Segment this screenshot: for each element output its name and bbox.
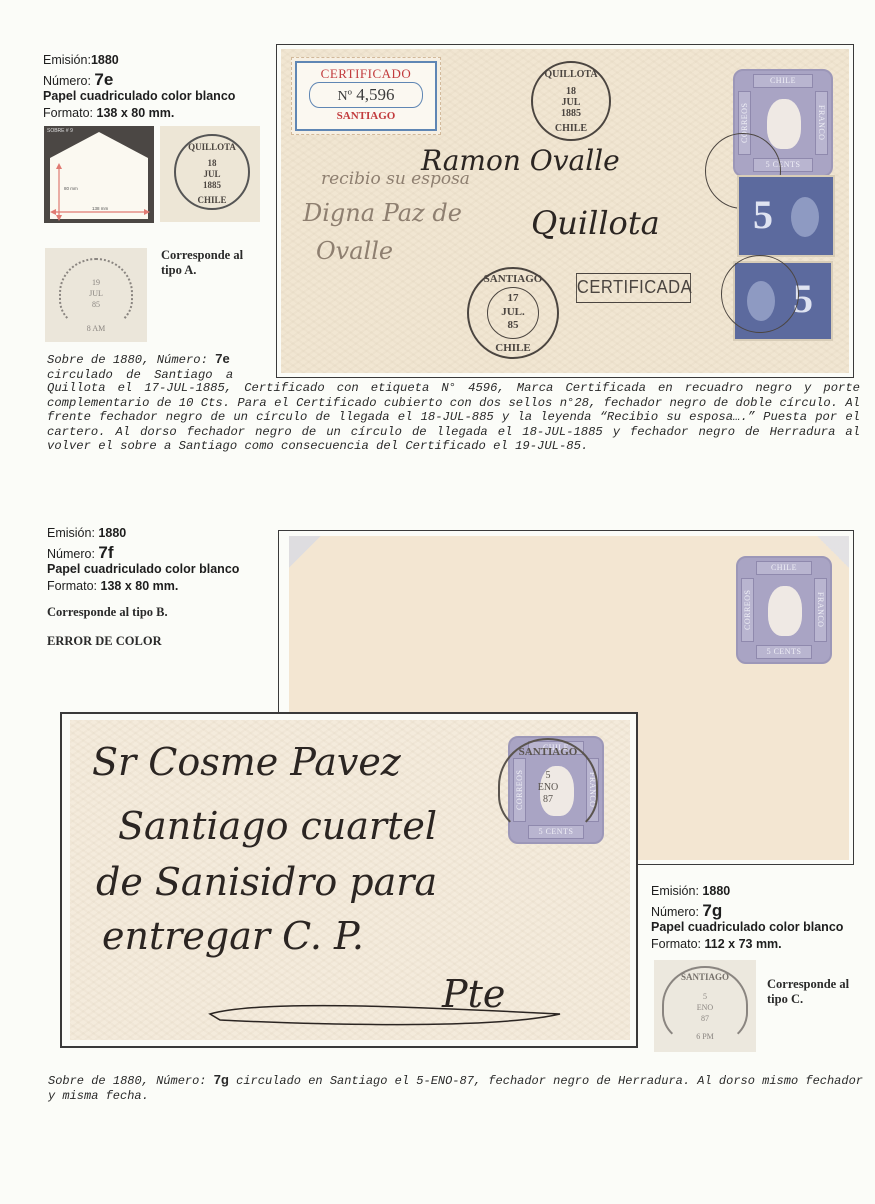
adhesive-stamp-1: 5 bbox=[737, 175, 835, 257]
received-note-line3: Ovalle bbox=[316, 237, 393, 265]
diagram-width-label: 138 mm bbox=[92, 206, 108, 211]
number-label: Número: bbox=[43, 74, 91, 88]
envelope-7e: CERTIFICADO Nº 4,596 SANTIAGO QUILLOTA 1… bbox=[281, 49, 849, 373]
envelope-size-diagram: SOBRE # 9 80 mm 138 mm bbox=[44, 126, 154, 223]
caption-number: 7e bbox=[215, 351, 229, 366]
number-value: 7e bbox=[94, 70, 113, 89]
printed-indicia-stamp: CHILE 5 CENTS CORREOS FRANCO bbox=[736, 556, 832, 664]
portrait-icon bbox=[767, 99, 801, 149]
quillota-arrival-postmark: QUILLOTA 18 JUL 1885 CHILE bbox=[531, 61, 611, 141]
address-city: Quillota bbox=[531, 204, 660, 242]
indicia-top-text: CHILE bbox=[753, 74, 813, 88]
paper-type: Papel cuadriculado color blanco bbox=[43, 88, 273, 105]
emission-label: Emisión: bbox=[47, 526, 95, 540]
number-label: Número: bbox=[47, 547, 95, 561]
indicia-bottom-text: 5 CENTS bbox=[756, 645, 812, 659]
emission-value: 1880 bbox=[702, 884, 730, 898]
format-value: 138 x 80 mm. bbox=[97, 106, 175, 120]
emission-label: Emisión: bbox=[43, 53, 91, 67]
address-line-3: de Sanisidro para bbox=[96, 860, 437, 904]
number-value: 7g bbox=[702, 901, 722, 920]
caption-lead: Sobre de 1880, Número: bbox=[47, 353, 208, 367]
info-block-7e: Emisión:1880 Número: 7e Papel cuadricula… bbox=[43, 52, 273, 122]
caption-line2: circulado de Santiago a bbox=[47, 368, 272, 383]
format-label: Formato: bbox=[43, 106, 93, 120]
signature-flourish-icon bbox=[200, 992, 600, 1032]
caption-7e-body: Quillota el 17-JUL-1885, Certificado con… bbox=[47, 381, 860, 454]
registration-label-city: SANTIAGO bbox=[297, 110, 435, 122]
santiago-horseshoe-cancel: SANTIAGO 5 ENO 87 bbox=[498, 738, 598, 834]
number-value: 7f bbox=[98, 543, 113, 562]
type-note-c: Corresponde al tipo C. bbox=[767, 977, 862, 1007]
error-note: ERROR DE COLOR bbox=[47, 634, 162, 649]
address-line-2: Santiago cuartel bbox=[118, 804, 437, 848]
indicia-right-text: FRANCO bbox=[815, 91, 828, 155]
number-label: Número: bbox=[651, 905, 699, 919]
caption-lead: Sobre de 1880, Número: bbox=[48, 1074, 207, 1088]
received-note-line2: Digna Paz de bbox=[303, 199, 462, 227]
format-value: 138 x 80 mm. bbox=[101, 579, 179, 593]
emission-label: Emisión: bbox=[651, 884, 699, 898]
diagram-height-label: 80 mm bbox=[64, 186, 78, 191]
registration-number: 4,596 bbox=[356, 85, 394, 104]
indicia-left-text: CORREOS bbox=[741, 578, 754, 642]
envelope-7g: Sr Cosme Pavez Santiago cuartel de Sanis… bbox=[70, 720, 630, 1040]
envelope-7e-frame: CERTIFICADO Nº 4,596 SANTIAGO QUILLOTA 1… bbox=[276, 44, 854, 378]
santiago-stamp-cancel bbox=[721, 255, 799, 333]
mount-corner-icon bbox=[289, 536, 325, 572]
emission-value: 1880 bbox=[98, 526, 126, 540]
info-block-7g: Emisión: 1880 Número: 7g Papel cuadricul… bbox=[651, 883, 871, 953]
paper-type: Papel cuadriculado color blanco bbox=[47, 561, 277, 578]
registration-label-title: CERTIFICADO bbox=[297, 66, 435, 82]
envelope-7g-frame: Sr Cosme Pavez Santiago cuartel de Sanis… bbox=[60, 712, 638, 1048]
horseshoe-postmark-thumbnail-a: 19 JUL 85 8 AM bbox=[45, 248, 147, 342]
registration-label: CERTIFICADO Nº 4,596 SANTIAGO bbox=[291, 57, 441, 135]
format-label: Formato: bbox=[651, 937, 701, 951]
info-block-7f: Emisión: 1880 Número: 7f Papel cuadricul… bbox=[47, 525, 277, 595]
type-note-a: Corresponde al tipo A. bbox=[161, 248, 261, 278]
horseshoe-postmark-thumbnail-c: SANTIAGO 5 ENO 87 6 PM bbox=[654, 960, 756, 1052]
type-note-b: Corresponde al tipo B. bbox=[47, 605, 168, 620]
address-line-4: entregar C. P. bbox=[102, 914, 364, 958]
portrait-icon bbox=[768, 586, 802, 636]
registration-number-box: Nº 4,596 bbox=[309, 82, 423, 108]
santiago-origin-postmark: SANTIAGO 17 JUL. 85 CHILE bbox=[467, 267, 559, 359]
address-line-1: Sr Cosme Pavez bbox=[92, 740, 401, 784]
indicia-top-text: CHILE bbox=[756, 561, 812, 575]
certificada-mark: CERTIFICADA bbox=[576, 273, 691, 303]
quillota-postmark-thumbnail: QUILLOTA 18 JUL 1885 CHILE bbox=[160, 126, 260, 222]
portrait-icon bbox=[791, 197, 819, 237]
caption-7g: Sobre de 1880, Número: 7g circulado en S… bbox=[48, 1073, 863, 1103]
paper-type: Papel cuadriculado color blanco bbox=[651, 919, 871, 936]
caption-number: 7g bbox=[214, 1072, 229, 1087]
emission-value: 1880 bbox=[91, 53, 119, 67]
quillota-postmark: QUILLOTA 18 JUL 1885 CHILE bbox=[174, 134, 250, 210]
format-label: Formato: bbox=[47, 579, 97, 593]
received-note-line1: recibio su esposa bbox=[321, 169, 470, 189]
format-value: 112 x 73 mm. bbox=[705, 937, 782, 951]
caption-7e-intro: Sobre de 1880, Número: 7e circulado de S… bbox=[47, 352, 272, 382]
registration-number-prefix: Nº bbox=[338, 89, 352, 104]
indicia-right-text: FRANCO bbox=[814, 578, 827, 642]
